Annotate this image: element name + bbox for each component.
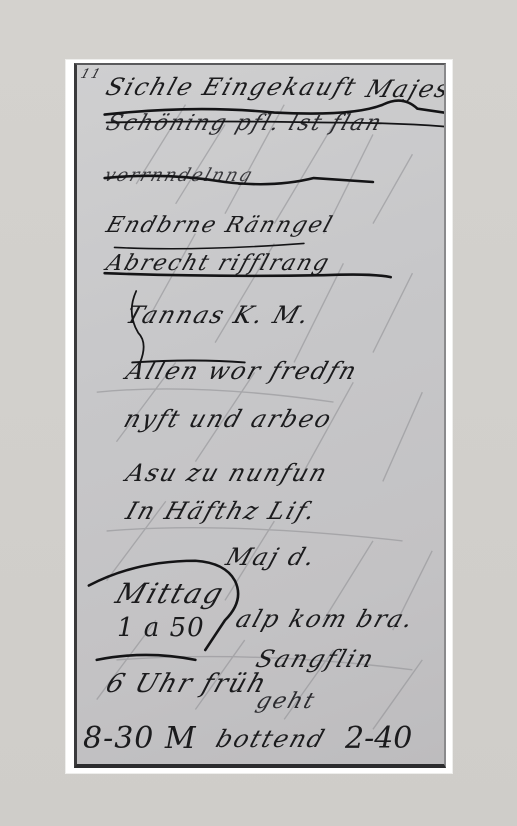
manuscript-page: 11 Sichle Eingekauft Majest Schöning pfl… <box>74 63 446 768</box>
circled-note-time: 1 a 50 <box>117 613 205 643</box>
manuscript-line-6: Abrecht rifflrang <box>103 251 334 276</box>
manuscript-line-10: Asu zu nunfun <box>122 459 332 487</box>
circled-note-mittag: Mittag <box>112 577 229 610</box>
manuscript-line-5: Endbrne Ränngel <box>103 213 337 238</box>
manuscript-line-15: alp kom bra. <box>232 605 418 633</box>
manuscript-line-2: Majest <box>362 75 446 103</box>
manuscript-line-1: Sichle Eingekauft <box>102 73 361 101</box>
manuscript-line-11: In Häfthz Lif. <box>122 497 320 525</box>
manuscript-line-17: 6 Uhr früh <box>102 669 271 699</box>
time-note-240: 2-40 <box>345 721 412 756</box>
manuscript-line-12: Maj d. <box>222 543 320 571</box>
time-note-830: 8-30 M <box>83 721 197 756</box>
manuscript-line-7: Tannas K. M. <box>122 301 314 329</box>
manuscript-line-9: nyft und arbeo <box>120 405 336 433</box>
manuscript-line-8: Allen wor fredfn <box>122 357 361 385</box>
manuscript-line-18: geht <box>253 689 319 714</box>
manuscript-line-4: vorrnndelnng <box>102 165 257 186</box>
manuscript-line-20: bottend <box>212 725 329 753</box>
manuscript-line-3: Schöning pfl. lst flan <box>103 111 386 136</box>
